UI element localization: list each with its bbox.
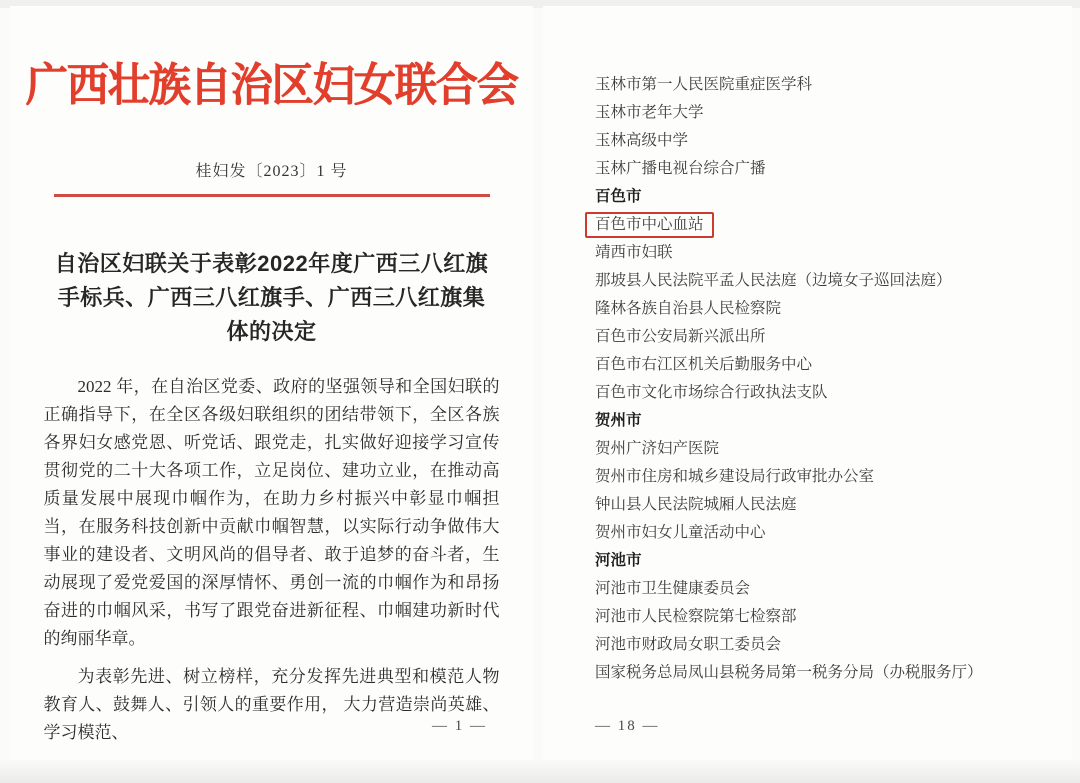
org-label: 百色市公安局新兴派出所 xyxy=(595,328,766,345)
org-list-item: 玉林高级中学 xyxy=(595,127,1055,155)
org-label: 百色市 xyxy=(595,188,642,205)
org-label: 河池市卫生健康委员会 xyxy=(595,580,750,597)
org-list-item: 百色市文化市场综合行政执法支队 xyxy=(595,379,1055,407)
org-list-item: 那坡县人民法院平孟人民法庭（边境女子巡回法庭） xyxy=(595,267,1055,295)
org-list-item: 河池市卫生健康委员会 xyxy=(595,575,1055,603)
org-label: 贺州市住房和城乡建设局行政审批办公室 xyxy=(595,468,874,485)
org-list-item: 玉林市第一人民医院重症医学科 xyxy=(595,71,1055,99)
organization-list: 玉林市第一人民医院重症医学科玉林市老年大学玉林高级中学玉林广播电视台综合广播百色… xyxy=(595,71,1055,687)
org-label: 百色市文化市场综合行政执法支队 xyxy=(595,384,828,401)
org-label: 靖西市妇联 xyxy=(595,244,673,261)
org-list-item: 贺州市妇女儿童活动中心 xyxy=(595,519,1055,547)
org-label: 玉林市第一人民医院重症医学科 xyxy=(595,76,812,93)
org-label: 钟山县人民法院城厢人民法庭 xyxy=(595,496,797,513)
city-section-header: 百色市 xyxy=(595,183,1055,211)
org-list-item: 百色市公安局新兴派出所 xyxy=(595,323,1055,351)
document-title: 自治区妇联关于表彰2022年度广西三八红旗手标兵、广西三八红旗手、广西三八红旗集… xyxy=(53,247,491,349)
document-body: 2022 年，在自治区党委、政府的坚强领导和全国妇联的正确指导下，在全区各级妇联… xyxy=(44,373,500,747)
city-section-header: 河池市 xyxy=(595,547,1055,575)
document-page-1: 广西壮族自治区妇女联合会 桂妇发〔2023〕1 号 自治区妇联关于表彰2022年… xyxy=(10,6,533,760)
org-label: 玉林市老年大学 xyxy=(595,104,704,121)
org-label: 百色市右江区机关后勤服务中心 xyxy=(595,356,812,373)
org-list-item: 钟山县人民法院城厢人民法庭 xyxy=(595,491,1055,519)
photo-edge-bottom xyxy=(0,759,1080,783)
org-list-item: 玉林广播电视台综合广播 xyxy=(595,155,1055,183)
org-label: 河池市 xyxy=(595,552,642,569)
highlighted-org-box: 百色市中心血站 xyxy=(585,212,714,238)
org-label: 河池市人民检察院第七检察部 xyxy=(595,608,797,625)
letterhead-divider-rule xyxy=(54,194,490,197)
org-label: 那坡县人民法院平孟人民法庭（边境女子巡回法庭） xyxy=(595,272,952,289)
city-section-header: 贺州市 xyxy=(595,407,1055,435)
org-label: 贺州市妇女儿童活动中心 xyxy=(595,524,766,541)
org-label: 国家税务总局凤山县税务局第一税务分局（办税服务厅） xyxy=(595,664,983,681)
org-label: 河池市财政局女职工委员会 xyxy=(595,636,781,653)
org-list-item: 玉林市老年大学 xyxy=(595,99,1055,127)
org-list-item: 百色市中心血站 xyxy=(595,211,1055,239)
org-list-item: 河池市财政局女职工委员会 xyxy=(595,631,1055,659)
org-list-item: 贺州广济妇产医院 xyxy=(595,435,1055,463)
body-paragraph-1: 2022 年，在自治区党委、政府的坚强领导和全国妇联的正确指导下，在全区各级妇联… xyxy=(44,373,500,653)
org-label: 玉林高级中学 xyxy=(595,132,688,149)
page-number-1: — 1 — xyxy=(432,718,487,735)
org-label: 贺州广济妇产医院 xyxy=(595,440,719,457)
org-list-item: 隆林各族自治县人民检察院 xyxy=(595,295,1055,323)
org-list-item: 河池市人民检察院第七检察部 xyxy=(595,603,1055,631)
document-page-18: 玉林市第一人民医院重症医学科玉林市老年大学玉林高级中学玉林广播电视台综合广播百色… xyxy=(543,6,1072,760)
org-list-item: 贺州市住房和城乡建设局行政审批办公室 xyxy=(595,463,1055,491)
org-list-item: 百色市右江区机关后勤服务中心 xyxy=(595,351,1055,379)
page-number-18: — 18 — xyxy=(595,718,660,735)
org-list-item: 国家税务总局凤山县税务局第一税务分局（办税服务厅） xyxy=(595,659,1055,687)
document-number: 桂妇发〔2023〕1 号 xyxy=(10,158,533,181)
org-label: 玉林广播电视台综合广播 xyxy=(595,160,766,177)
letterhead-title: 广西壮族自治区妇女联合会 xyxy=(10,50,533,115)
org-list-item: 靖西市妇联 xyxy=(595,239,1055,267)
org-label: 贺州市 xyxy=(595,412,642,429)
org-label: 隆林各族自治县人民检察院 xyxy=(595,300,781,317)
